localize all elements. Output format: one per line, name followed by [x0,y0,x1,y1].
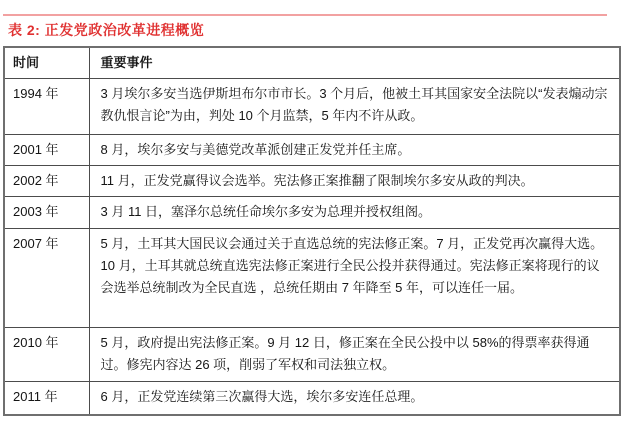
event-cell: 5 月，土耳其大国民议会通过关于直选总统的宪法修正案。7 月，正发党再次赢得大选… [89,229,620,328]
time-cell: 2003 年 [4,197,89,229]
time-cell: 2002 年 [4,166,89,197]
column-header-event: 重要事件 [89,47,620,79]
event-cell: 6 月，正发党连续第三次赢得大选，埃尔多安连任总理。 [89,382,620,415]
table-row: 2007 年5 月，土耳其大国民议会通过关于直选总统的宪法修正案。7 月，正发党… [4,229,620,328]
time-cell: 1994 年 [4,79,89,135]
table-caption: 表 2: 正发党政治改革进程概览 [8,20,204,40]
table-row: 2010 年5 月，政府提出宪法修正案。9 月 12 日，修正案在全民公投中以 … [4,328,620,382]
table-row: 2002 年11 月，正发党赢得议会选举。宪法修正案推翻了限制埃尔多安从政的判决… [4,166,620,197]
time-cell: 2011 年 [4,382,89,415]
column-header-time: 时间 [4,47,89,79]
event-cell: 3 月 11 日，塞泽尔总统任命埃尔多安为总理并授权组阁。 [89,197,620,229]
time-cell: 2007 年 [4,229,89,328]
time-cell: 2001 年 [4,135,89,166]
report-page: 表 2: 正发党政治改革进程概览 时间 重要事件 1994 年3 月埃尔多安当选… [0,0,630,439]
event-cell: 3 月埃尔多安当选伊斯坦布尔市市长。3 个月后，他被土耳其国家安全法院以“发表煽… [89,79,620,135]
header-row: 时间 重要事件 [4,47,620,79]
table-row: 2001 年8 月，埃尔多安与美德党改革派创建正发党并任主席。 [4,135,620,166]
reform-timeline-table: 时间 重要事件 1994 年3 月埃尔多安当选伊斯坦布尔市市长。3 个月后，他被… [3,46,621,416]
table-row: 1994 年3 月埃尔多安当选伊斯坦布尔市市长。3 个月后，他被土耳其国家安全法… [4,79,620,135]
time-cell: 2010 年 [4,328,89,382]
table-header: 时间 重要事件 [4,47,620,79]
event-cell: 5 月，政府提出宪法修正案。9 月 12 日，修正案在全民公投中以 58%的得票… [89,328,620,382]
table-body: 1994 年3 月埃尔多安当选伊斯坦布尔市市长。3 个月后，他被土耳其国家安全法… [4,79,620,415]
top-divider-rule [3,14,607,16]
event-cell: 11 月，正发党赢得议会选举。宪法修正案推翻了限制埃尔多安从政的判决。 [89,166,620,197]
table-row: 2003 年3 月 11 日，塞泽尔总统任命埃尔多安为总理并授权组阁。 [4,197,620,229]
event-cell: 8 月，埃尔多安与美德党改革派创建正发党并任主席。 [89,135,620,166]
table-row: 2011 年6 月，正发党连续第三次赢得大选，埃尔多安连任总理。 [4,382,620,415]
